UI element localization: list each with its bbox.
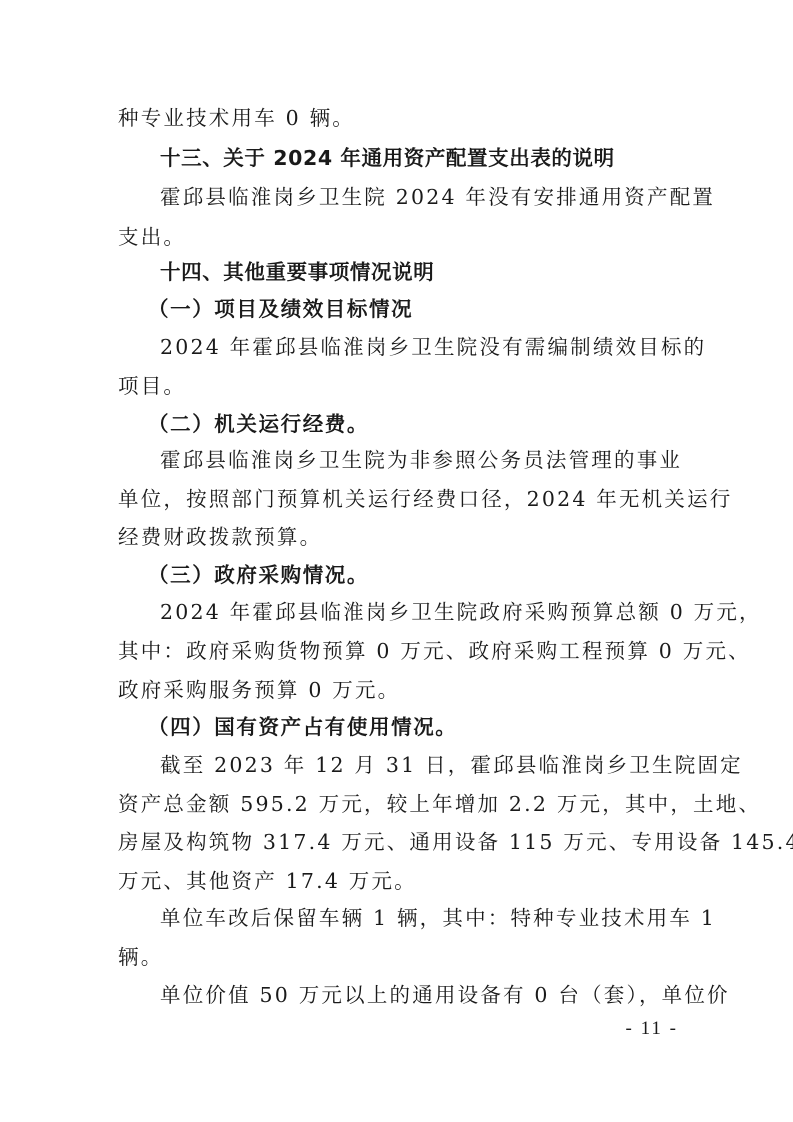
paragraph-line: 单位车改后保留车辆 1 辆，其中：特种专业技术用车 1 — [160, 903, 678, 933]
paragraph-line: 单位，按照部门预算机关运行经费口径，2024 年无机关运行 — [118, 484, 678, 514]
subsection-heading-2: （二）机关运行经费。 — [148, 409, 666, 439]
paragraph-line: 政府采购服务预算 0 万元。 — [118, 675, 678, 705]
subsection-heading-4: （四）国有资产占有使用情况。 — [148, 712, 666, 742]
page-number: - 11 - — [600, 1016, 678, 1042]
paragraph-line: 霍邱县临淮岗乡卫生院为非参照公务员法管理的事业 — [160, 445, 678, 475]
paragraph-line: 项目。 — [118, 371, 678, 401]
paragraph-line: 辆。 — [118, 942, 678, 972]
paragraph-line: 种专业技术用车 0 辆。 — [118, 103, 678, 133]
paragraph-line: 万元、其他资产 17.4 万元。 — [118, 866, 678, 896]
paragraph-line: 经费财政拨款预算。 — [118, 522, 678, 552]
paragraph-line: 其中：政府采购货物预算 0 万元、政府采购工程预算 0 万元、 — [118, 636, 678, 666]
paragraph-line: 截至 2023 年 12 月 31 日，霍邱县临淮岗乡卫生院固定 — [160, 750, 678, 780]
paragraph-line: 2024 年霍邱县临淮岗乡卫生院政府采购预算总额 0 万元， — [160, 597, 678, 627]
document-page: 种专业技术用车 0 辆。 十三、关于 2024 年通用资产配置支出表的说明 霍邱… — [0, 0, 793, 1122]
subsection-heading-3: （三）政府采购情况。 — [148, 560, 666, 590]
paragraph-line: 霍邱县临淮岗乡卫生院 2024 年没有安排通用资产配置 — [160, 182, 678, 212]
section-heading-14: 十四、其他重要事项情况说明 — [160, 257, 678, 287]
section-heading-13: 十三、关于 2024 年通用资产配置支出表的说明 — [160, 143, 678, 173]
paragraph-line: 2024 年霍邱县临淮岗乡卫生院没有需编制绩效目标的 — [160, 332, 678, 362]
subsection-heading-1: （一）项目及绩效目标情况 — [148, 294, 666, 324]
paragraph-line: 单位价值 50 万元以上的通用设备有 0 台（套），单位价 — [160, 980, 678, 1010]
paragraph-line: 资产总金额 595.2 万元，较上年增加 2.2 万元，其中，土地、 — [118, 789, 678, 819]
paragraph-line: 房屋及构筑物 317.4 万元、通用设备 115 万元、专用设备 145.4 — [118, 827, 678, 857]
paragraph-line: 支出。 — [118, 222, 678, 252]
